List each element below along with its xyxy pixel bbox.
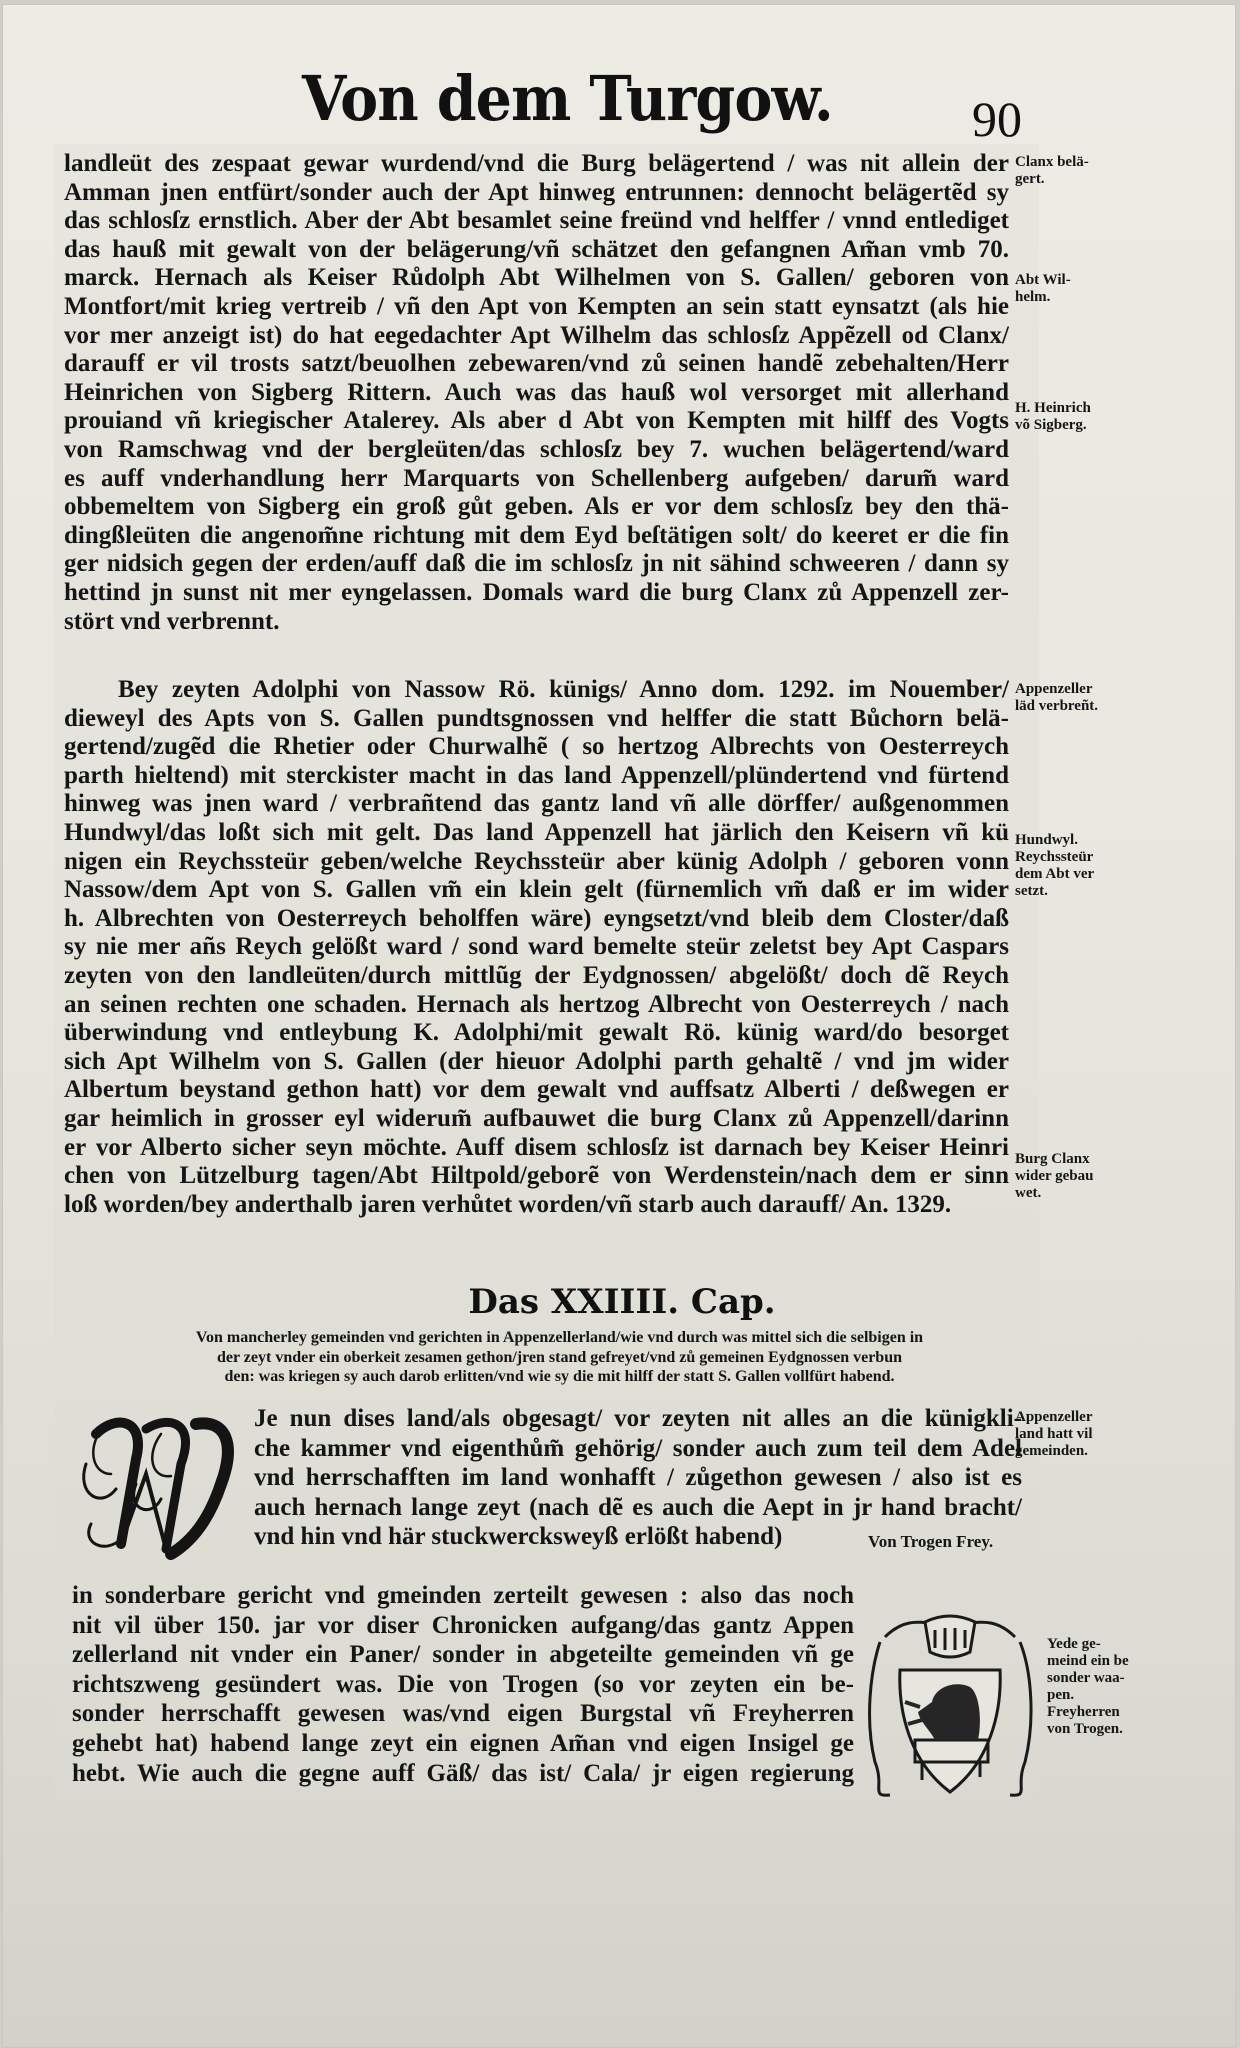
text-line: Montfort/mit krieg vertreib / vñ den Apt… [64, 293, 1009, 322]
text-line: Albertum beystand gethon hatt) vor dem g… [64, 1076, 1009, 1105]
page-number: 90 [972, 90, 1022, 148]
text-line: Heinrichen von Sigberg Rittern. Auch was… [64, 379, 1009, 408]
text-line: Nassow/dem Apt von S. Gallen vm̃ ein kle… [64, 876, 1009, 905]
marginal-note: Appenzeller läd verbreñt. [1015, 681, 1165, 715]
text-line: gar heimlich in grosser eyl widerum̃ auf… [64, 1105, 1009, 1134]
text-line: hettind jn sunst nit mer eyngelassen. Do… [64, 579, 1009, 608]
summary-line: Von mancherley gemeinden vnd gerichten i… [107, 1328, 1012, 1348]
page-sheet: Von dem Turgow. 90 landleüt des zespaat … [2, 4, 1236, 2048]
text-line: von Ramschwag vnd der bergleüten/das sch… [64, 436, 1009, 465]
text-line: Amman jnen entfürt/sonder auch der Apt h… [64, 179, 1009, 208]
text-line: hebt. Wie auch die gegne auff Gäß/ das i… [72, 1759, 854, 1789]
chapter-heading: Das XXIIII. Cap. [2, 1282, 1240, 1322]
text-line: darauff er vil trosts satzt/beuolhen zeb… [64, 350, 1009, 379]
summary-line: den: was kriegen sy auch darob erlitten/… [107, 1367, 1012, 1387]
text-line: es auff vnderhandlung herr Marquarts von… [64, 465, 1009, 494]
text-line: nit vil über 150. jar vor diser Chronick… [72, 1611, 854, 1641]
text-line: chen von Lützelburg tagen/Abt Hiltpold/g… [64, 1162, 1009, 1191]
paragraph-clanx-siege: landleüt des zespaat gewar wurdend/vnd d… [64, 150, 1009, 636]
text-line: das hauß mit gewalt von der belägerung/v… [64, 236, 1009, 265]
paragraph-adolph-of-nassau: Bey zeyten Adolphi von Nassow Rö. künigs… [64, 676, 1009, 1219]
text-line: vor mer anzeigt ist) do hat eegedachter … [64, 322, 1009, 351]
text-line: obbemeltem von Sigberg ein groß gůt gebe… [64, 493, 1009, 522]
text-line: sonder herrschafft gewesen was/vnd eigen… [72, 1699, 854, 1729]
marginal-note-trogen: Von Trogen Frey. [868, 1532, 993, 1552]
chapter-summary: Von mancherley gemeinden vnd gerichten i… [107, 1328, 1012, 1387]
coat-of-arms-icon [860, 1612, 1040, 1802]
marginal-note: H. Heinrich võ Sigberg. [1015, 400, 1165, 434]
text-line: marck. Hernach als Keiser Růdolph Abt Wi… [64, 264, 1009, 293]
text-line: gehebt hat) habend lange zeyt ein eignen… [72, 1729, 854, 1759]
chapter-text-indented: Je nun dises land/als obgesagt/ vor zeyt… [254, 1404, 1022, 1552]
text-line: in sonderbare gericht vnd gmeinden zerte… [72, 1581, 854, 1611]
text-line: an seinen rechten one schaden. Hernach a… [64, 991, 1009, 1020]
text-line: Hundwyl/das loßt sich mit gelt. Das land… [64, 819, 1009, 848]
chapter-text-body: in sonderbare gericht vnd gmeinden zerte… [72, 1581, 854, 1788]
text-line: er vor Alberto sicher seyn möchte. Auff … [64, 1134, 1009, 1163]
text-line: nigen ein Reychssteür geben/welche Reych… [64, 848, 1009, 877]
summary-line: der zeyt vnder ein oberkeit zesamen geth… [107, 1348, 1012, 1368]
marginal-note: Clanx belä- gert. [1015, 154, 1165, 188]
text-line: vnd herrschafften im land wonhafft / zůg… [254, 1463, 1022, 1493]
text-line: landleüt des zespaat gewar wurdend/vnd d… [64, 150, 1009, 179]
text-line: parth hieltend) mit sterckister macht in… [64, 762, 1009, 791]
drop-cap-w-icon: W [76, 1404, 241, 1564]
text-line: loß worden/bey anderthalb jaren verhůtet… [64, 1191, 1009, 1220]
text-line: prouiand vñ kriegischer Atalerey. Als ab… [64, 407, 1009, 436]
text-line: ger nidsich gegen der erden/auff daß die… [64, 550, 1009, 579]
text-line: richtszweng gesündert was. Die von Troge… [72, 1670, 854, 1700]
text-line: gertend/zugẽd die Rhetier oder Churwalhẽ… [64, 733, 1009, 762]
text-line: h. Albrechten von Oesterreych beholffen … [64, 905, 1009, 934]
text-line: das schlosſz ernstlich. Aber der Abt bes… [64, 207, 1009, 236]
marginal-note: Yede ge- meind ein be sonder waa- pen. F… [1047, 1636, 1197, 1738]
marginal-note: Appenzeller land hatt vil gemeinden. [1015, 1409, 1165, 1460]
text-line: hinweg was jnen ward / verbrañtend das g… [64, 790, 1009, 819]
text-line: überwindung vnd entleybung K. Adolphi/mi… [64, 1019, 1009, 1048]
marginal-note: Hundwyl. Reychssteür dem Abt ver setzt. [1015, 832, 1165, 900]
marginal-note: Burg Clanx wider gebau wet. [1015, 1151, 1165, 1202]
text-line: dieweyl des Apts von S. Gallen pundtsgno… [64, 705, 1009, 734]
text-line: Bey zeyten Adolphi von Nassow Rö. künigs… [64, 676, 1009, 705]
text-line: auch hernach lange zeyt (nach dẽ es auch… [254, 1493, 1022, 1523]
marginal-note: Abt Wil- helm. [1015, 272, 1165, 306]
text-line: sich Apt Wilhelm von S. Gallen (der hieu… [64, 1048, 1009, 1077]
text-line: zellerland nit vnder ein Paner/ sonder i… [72, 1640, 854, 1670]
text-line: dingßleüten die angenom̃ne richtung mit … [64, 522, 1009, 551]
text-line: che kammer vnd eigenthům̃ gehörig/ sonde… [254, 1434, 1022, 1464]
text-line: Je nun dises land/als obgesagt/ vor zeyt… [254, 1404, 1022, 1434]
text-line: zeyten von den landleüten/durch mittlũg … [64, 962, 1009, 991]
text-line: sy nie mer añs Reych gelößt ward / sond … [64, 933, 1009, 962]
text-line: stört vnd verbrennt. [64, 608, 1009, 637]
running-head: Von dem Turgow. [302, 62, 833, 135]
